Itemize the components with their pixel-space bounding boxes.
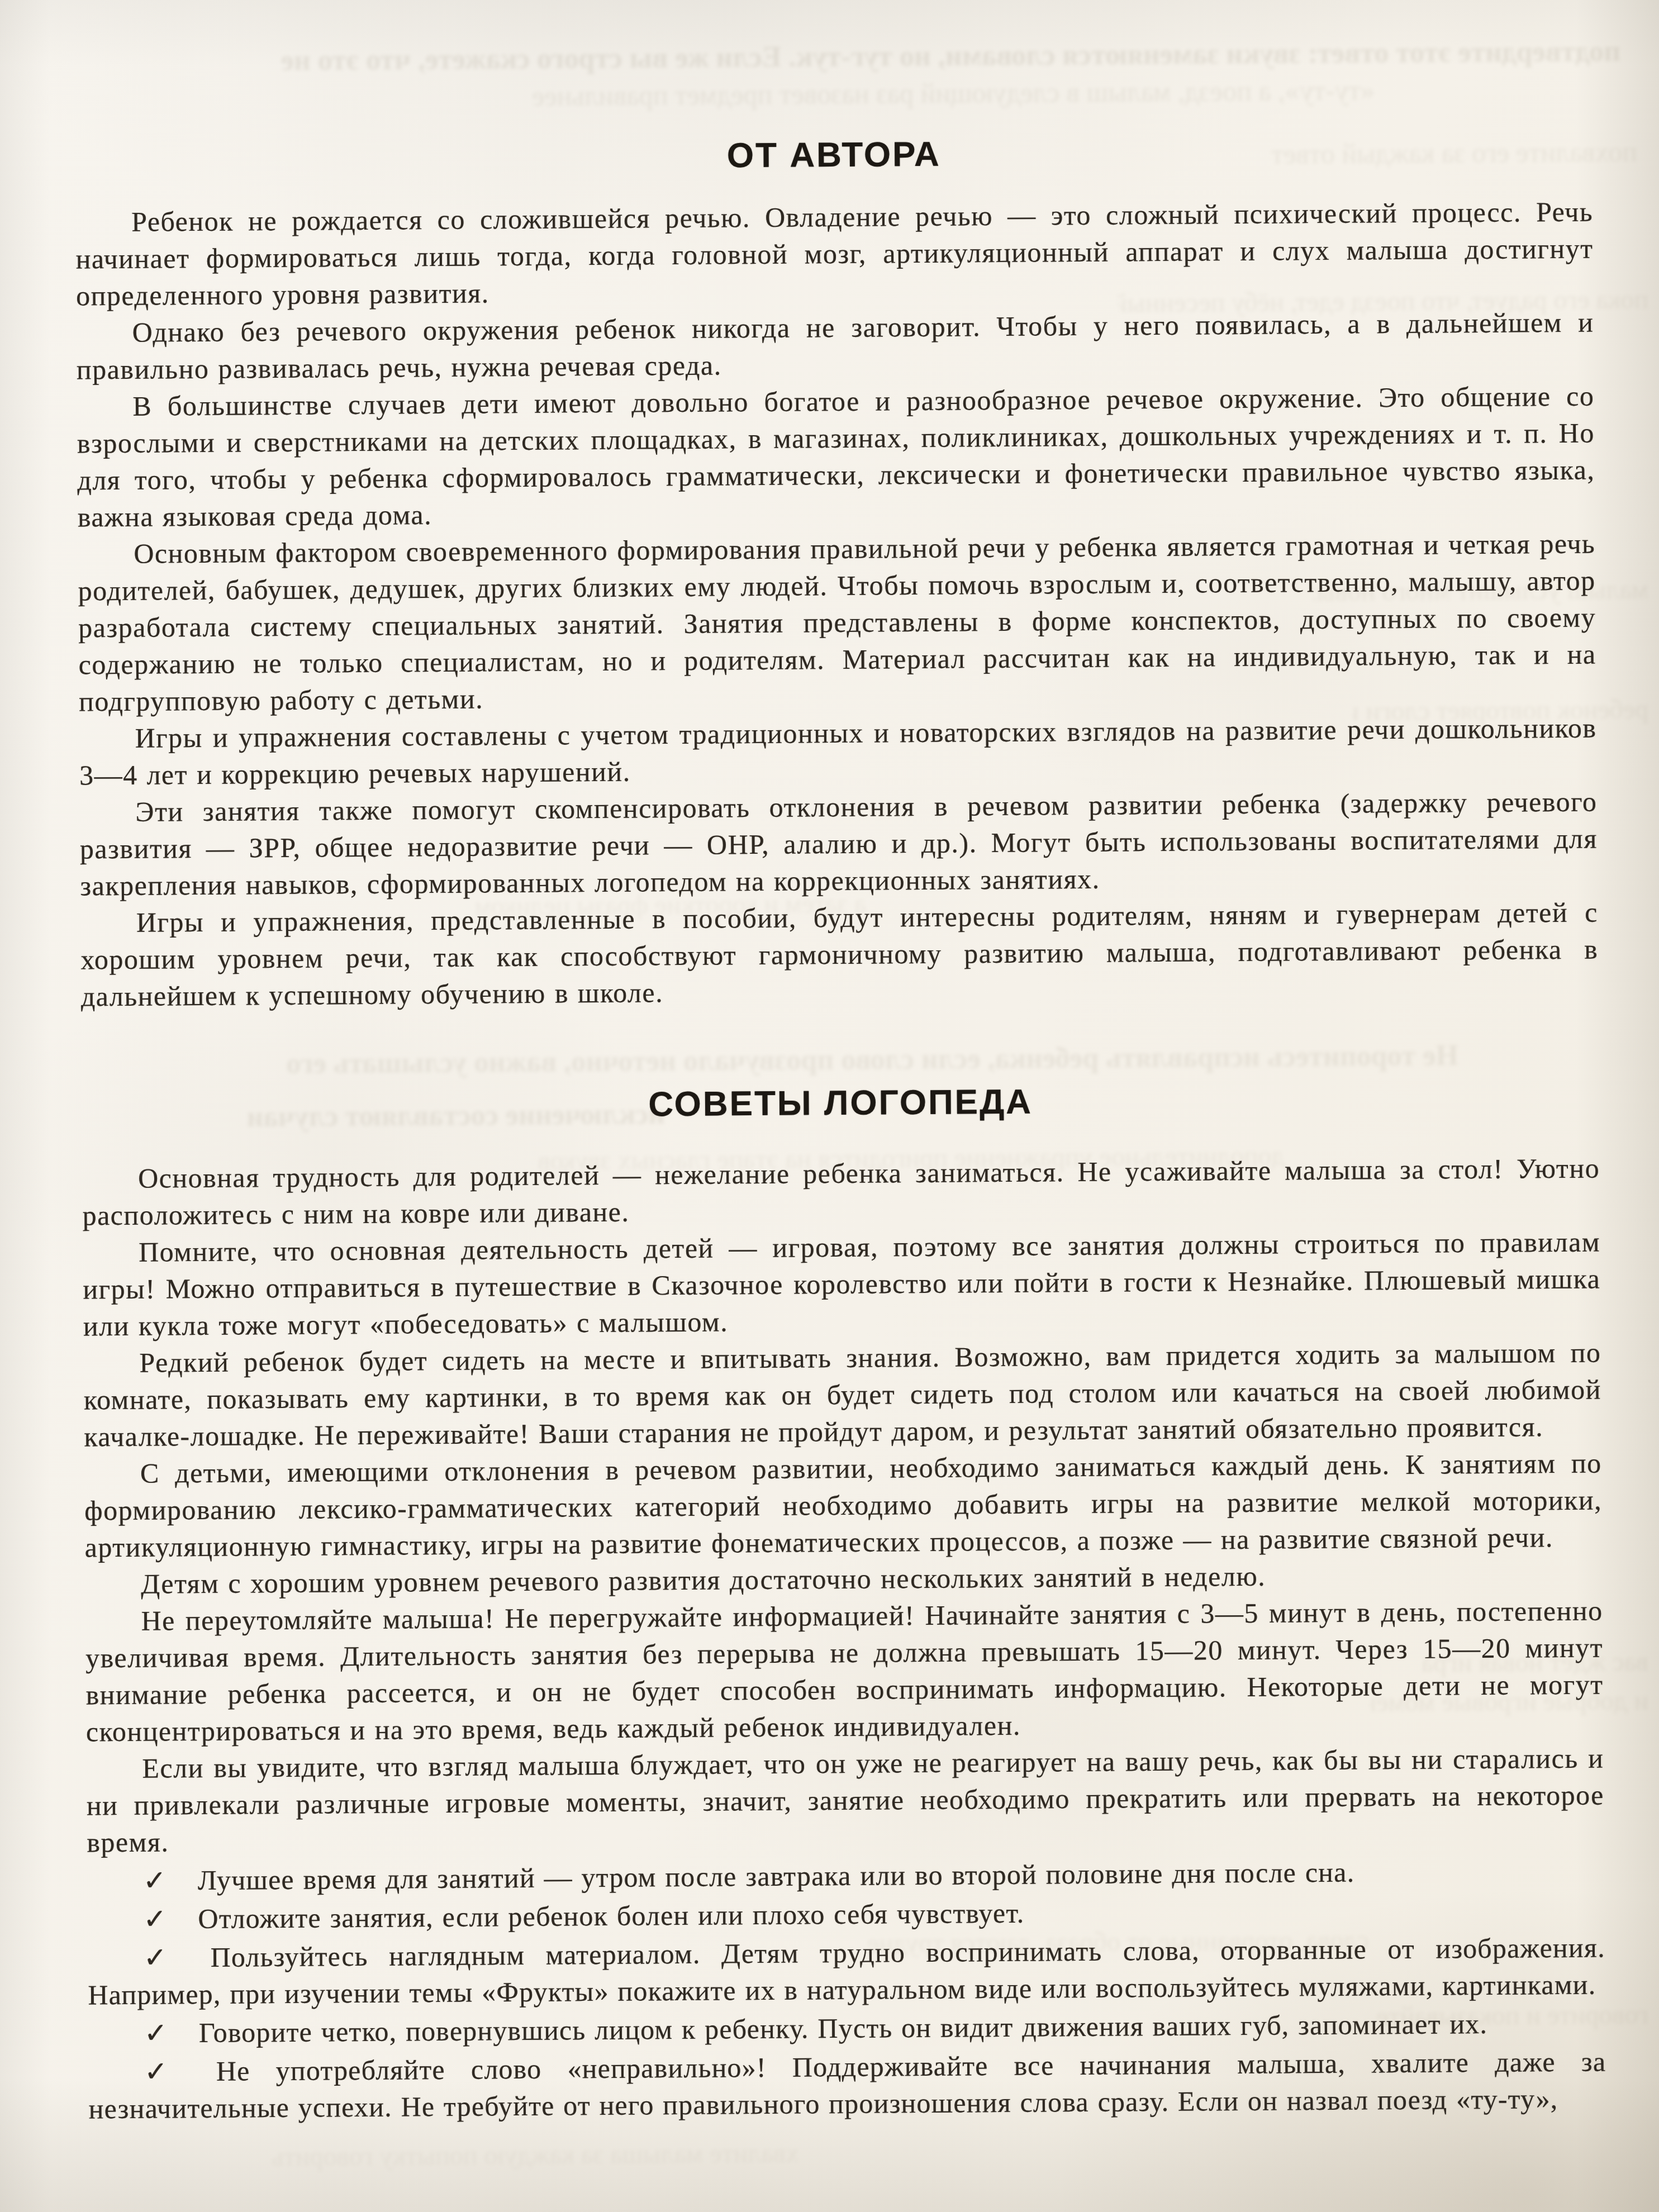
- checkmark-icon: ✓: [144, 2056, 216, 2087]
- checklist-item: ✓Не употребляйте слово «неправильно»! По…: [88, 2043, 1606, 2127]
- paragraph: Ребенок не рождается со сложившейся речь…: [75, 193, 1594, 315]
- checkmark-icon: ✓: [144, 1942, 211, 1973]
- checklist-item-text: Лучшее время для занятий — утром после з…: [198, 1857, 1355, 1896]
- checklist-item-text: Говорите четко, повернувшись лицом к реб…: [199, 2008, 1488, 2048]
- paragraph: Редкий ребенок будет сидеть на месте и в…: [83, 1334, 1601, 1455]
- checklist-item-text: Пользуйтесь наглядным материалом. Детям …: [88, 1932, 1605, 2010]
- checkmark-icon: ✓: [144, 2017, 199, 2049]
- paragraph: Основным фактором своевременного формиро…: [78, 525, 1596, 720]
- paragraph: В большинстве случаев дети имеют довольн…: [77, 378, 1595, 536]
- checkmark-icon: ✓: [143, 1903, 198, 1935]
- paragraph: Основная трудность для родителей — нежел…: [82, 1150, 1600, 1234]
- checklist-item: ✓Пользуйтесь наглядным материалом. Детям…: [88, 1929, 1606, 2013]
- paragraph: Эти занятия также помогут скомпенсироват…: [79, 783, 1598, 905]
- paragraph: Помните, что основная деятельность детей…: [83, 1224, 1601, 1345]
- checklist-item-text: Не употребляйте слово «неправильно»! Под…: [89, 2045, 1606, 2124]
- paragraph: Игры и упражнения составлены с учетом тр…: [79, 710, 1597, 794]
- scanned-book-page: подтвердите этот ответ: звуки заменяются…: [0, 0, 1659, 2212]
- paragraph: Если вы увидите, что взгляд малыша блужд…: [86, 1739, 1604, 1861]
- paragraph: Игры и упражнения, представленные в посо…: [80, 894, 1599, 1015]
- paragraph: С детьми, имеющими отклонения в речевом …: [84, 1444, 1603, 1566]
- checkmark-icon: ✓: [143, 1864, 198, 1896]
- bleed-through-text: хвалите малыша за каждую попытку говорит…: [184, 2138, 799, 2173]
- page-content: ОТ АВТОРА Ребенок не рождается со сложив…: [74, 0, 1606, 2127]
- paragraph: Не переутомляйте малыша! Не перегружайте…: [85, 1592, 1604, 1750]
- checklist-item-text: Отложите занятия, если ребенок болен или…: [198, 1897, 1024, 1934]
- paragraph: Однако без речевого окружения ребенок ни…: [76, 304, 1594, 388]
- section-heading-sovety-logopeda: СОВЕТЫ ЛОГОПЕДА: [82, 1077, 1599, 1130]
- section-heading-ot-avtora: ОТ АВТОРА: [75, 129, 1593, 182]
